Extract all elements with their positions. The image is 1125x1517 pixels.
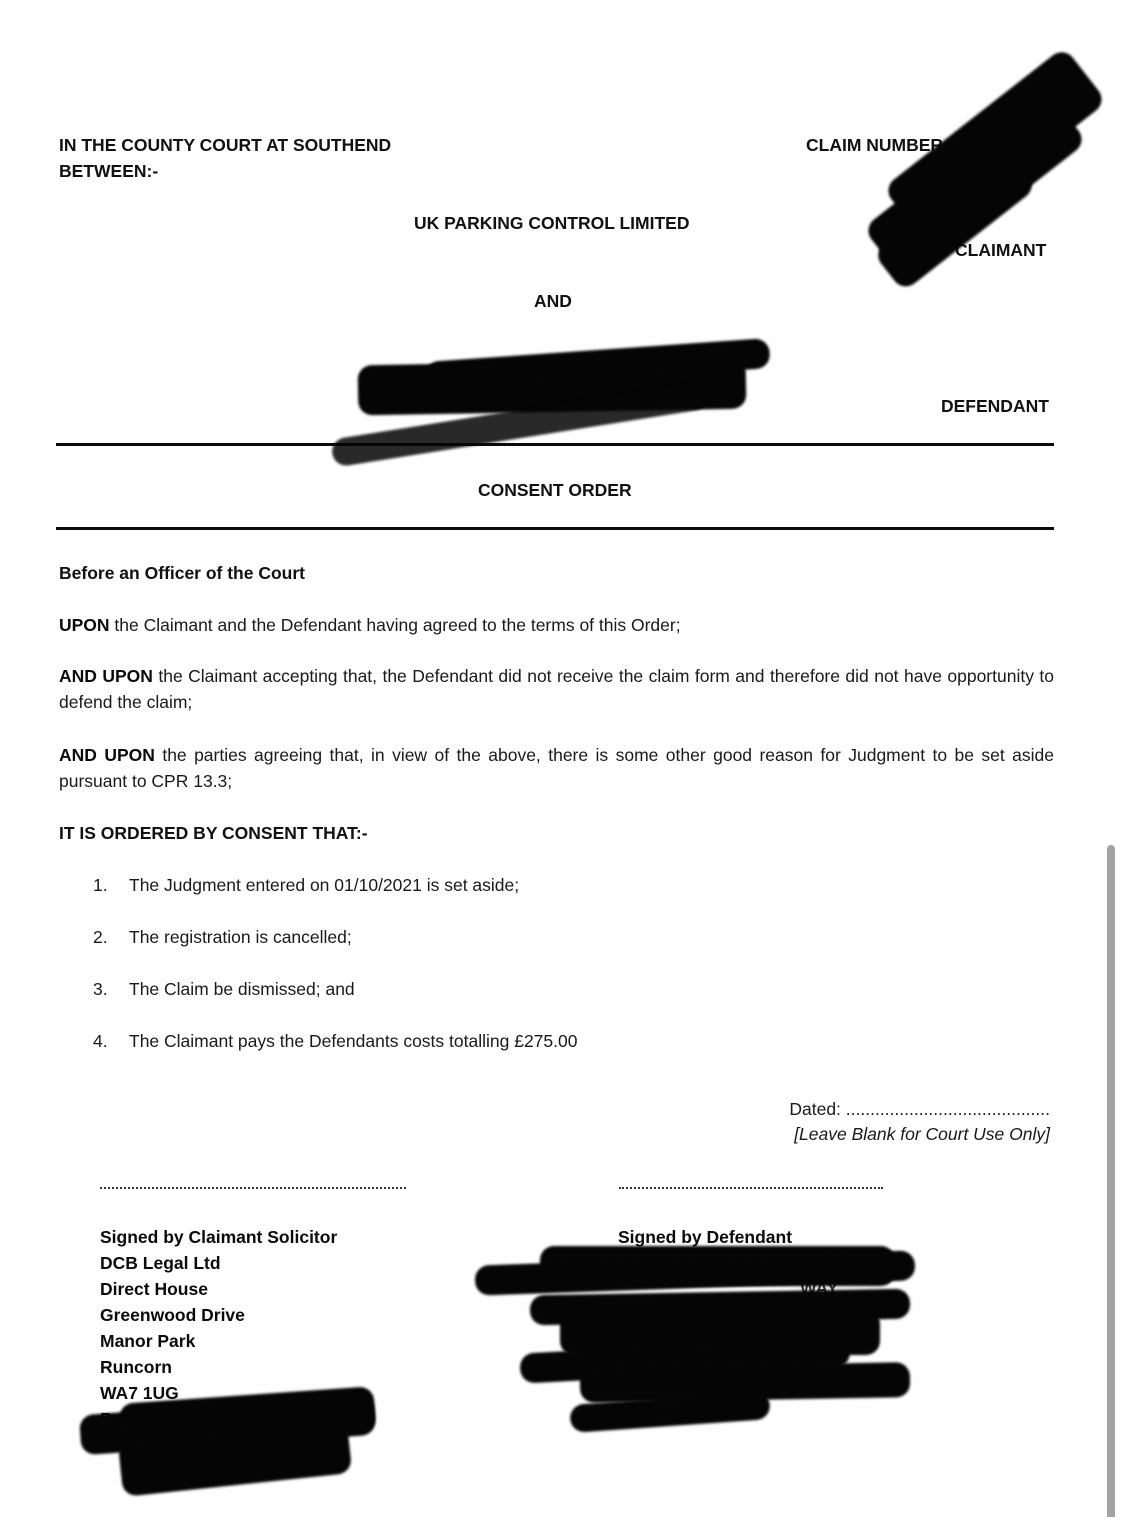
recital-text: the Claimant accepting that, the Defenda…	[59, 666, 1054, 712]
defendant-signature-line	[619, 1187, 883, 1189]
divider-top	[56, 443, 1054, 446]
court-name: IN THE COUNTY COURT AT SOUTHEND	[59, 135, 391, 156]
claimant-sig-heading: Signed by Claimant Solicitor	[100, 1224, 337, 1250]
recital-lead: UPON	[59, 615, 110, 635]
claimant-address-line: Manor Park	[100, 1328, 337, 1354]
recital-text: the Claimant and the Defendant having ag…	[110, 615, 681, 635]
and-label: AND	[534, 291, 572, 312]
recital-text: the parties agreeing that, in view of th…	[59, 745, 1054, 791]
top-bar	[0, 0, 1125, 48]
order-item: 3.The Claim be dismissed; and	[93, 979, 355, 1000]
vertical-scrollbar[interactable]	[1107, 845, 1115, 1517]
claimant-address-line: Greenwood Drive	[100, 1302, 337, 1328]
defendant-role: DEFENDANT	[941, 396, 1049, 417]
divider-bottom	[56, 527, 1054, 530]
recital-3: AND UPON the parties agreeing that, in v…	[59, 742, 1054, 794]
claimant-firm: DCB Legal Ltd	[100, 1250, 337, 1276]
order-title: CONSENT ORDER	[478, 480, 632, 501]
claimant-name: UK PARKING CONTROL LIMITED	[414, 213, 689, 234]
before-officer: Before an Officer of the Court	[59, 563, 305, 584]
dated-field: Dated: .................................…	[789, 1099, 1050, 1120]
between-label: BETWEEN:-	[59, 161, 158, 182]
order-item: 4.The Claimant pays the Defendants costs…	[93, 1031, 577, 1052]
ordered-heading: IT IS ORDERED BY CONSENT THAT:-	[59, 823, 368, 844]
dated-note: [Leave Blank for Court Use Only]	[794, 1124, 1050, 1145]
claimant-address-line: Direct House	[100, 1276, 337, 1302]
recital-lead: AND UPON	[59, 745, 155, 765]
claimant-signature-line	[100, 1187, 406, 1189]
claimant-role: CLAIMANT	[955, 240, 1046, 261]
recital-1: UPON the Claimant and the Defendant havi…	[59, 612, 1054, 638]
order-item: 1.The Judgment entered on 01/10/2021 is …	[93, 875, 519, 896]
order-item: 2.The registration is cancelled;	[93, 927, 352, 948]
recital-2: AND UPON the Claimant accepting that, th…	[59, 663, 1054, 715]
claimant-address-line: Runcorn	[100, 1354, 337, 1380]
recital-lead: AND UPON	[59, 666, 153, 686]
